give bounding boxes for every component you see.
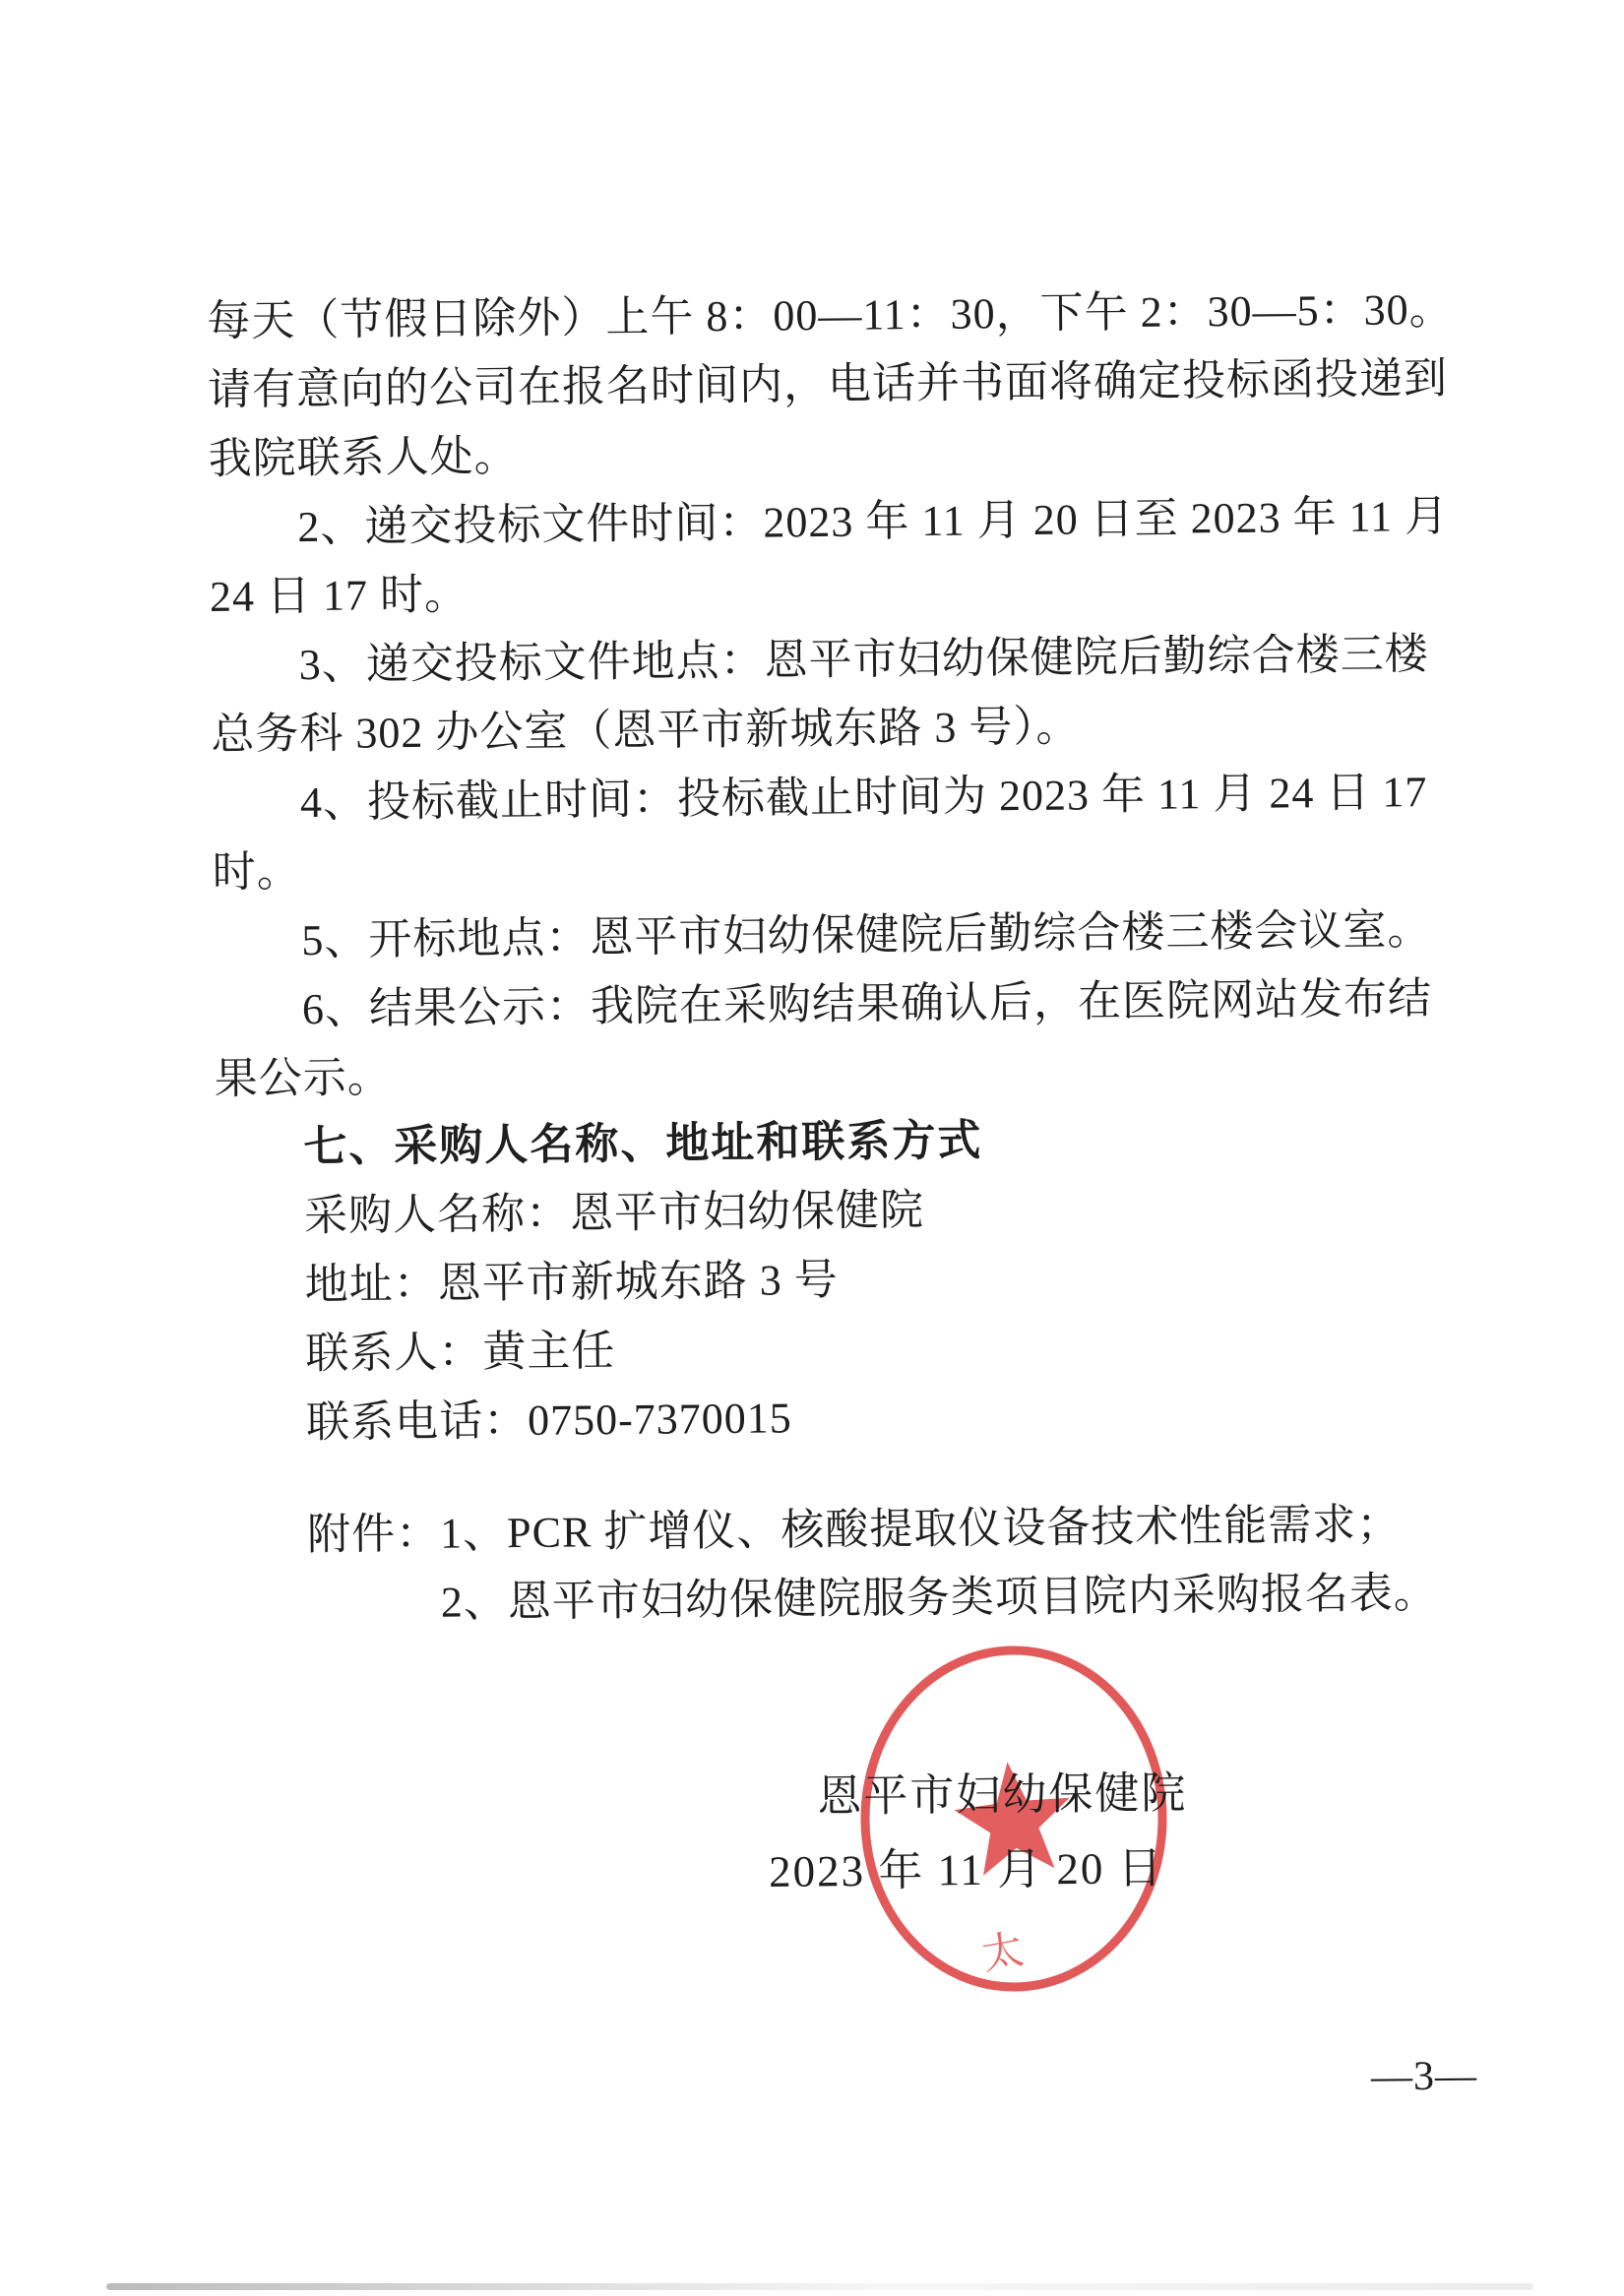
document-line: 3、递交投标文件地点：恩平市妇幼保健院后勤综合楼三楼 [210,620,1490,701]
stamp-arc-text: 恩平市妇幼保健院 [891,1993,1138,1998]
document-line: 时。 [212,826,1492,906]
signature-org: 恩平市妇幼保健院 [768,1756,1188,1834]
attachment-line: 2、恩平市妇幼保健院服务类项目院内采购报名表。 [219,1558,1500,1639]
document-line: 每天（节假日除外）上午 8：00—11：30，下午 2：30—5：30。 [207,276,1487,356]
svg-text:恩平市妇幼保健院: 恩平市妇幼保健院 [891,1993,1138,1998]
document-line: 6、结果公示：我院在采购结果确认后，在医院网站发布结 [214,963,1494,1044]
document-line: 我院联系人处。 [208,413,1488,494]
page-number: —3— [1371,2052,1477,2100]
document-line: 2、递交投标文件时间：2023 年 11 月 20 日至 2023 年 11 月 [209,482,1489,563]
signature-block: 恩平市妇幼保健院 2023 年 11 月 20 日 [768,1756,1188,1909]
scanned-document-page: 每天（节假日除外）上午 8：00—11：30，下午 2：30—5：30。 请有意… [0,0,1624,2296]
section-heading: 七、采购人名称、地址和联系方式 [215,1101,1495,1182]
document-line: 请有意向的公司在报名时间内，电话并书面将确定投标函投递到 [208,344,1488,425]
contact-person-line: 联系人：黄主任 [217,1308,1497,1389]
attachment-line: 附件：1、PCR 扩增仪、核酸提取仪设备技术性能需求； [219,1489,1499,1570]
address-line: 地址：恩平市新城东路 3 号 [216,1239,1496,1320]
document-line: 4、投标截止时间：投标截止时间为 2023 年 11 月 24 日 17 [212,757,1492,838]
stamp-bottom-char: 太 [978,1928,1027,1980]
purchaser-name-line: 采购人名称：恩平市妇幼保健院 [216,1170,1496,1251]
document-line: 5、开标地点：恩平市妇幼保健院后勤综合楼三楼会议室。 [213,895,1493,975]
document-body: 每天（节假日除外）上午 8：00—11：30，下午 2：30—5：30。 请有意… [207,276,1499,1640]
document-line: 24 日 17 时。 [210,551,1490,632]
document-line: 果公示。 [214,1032,1494,1113]
contact-phone-line: 联系电话：0750-7370015 [218,1377,1498,1458]
scan-edge-artifact [106,2283,1533,2290]
document-line: 总务科 302 办公室（恩平市新城东路 3 号）。 [211,689,1491,770]
signature-date: 2023 年 11 月 20 日 [769,1831,1189,1909]
